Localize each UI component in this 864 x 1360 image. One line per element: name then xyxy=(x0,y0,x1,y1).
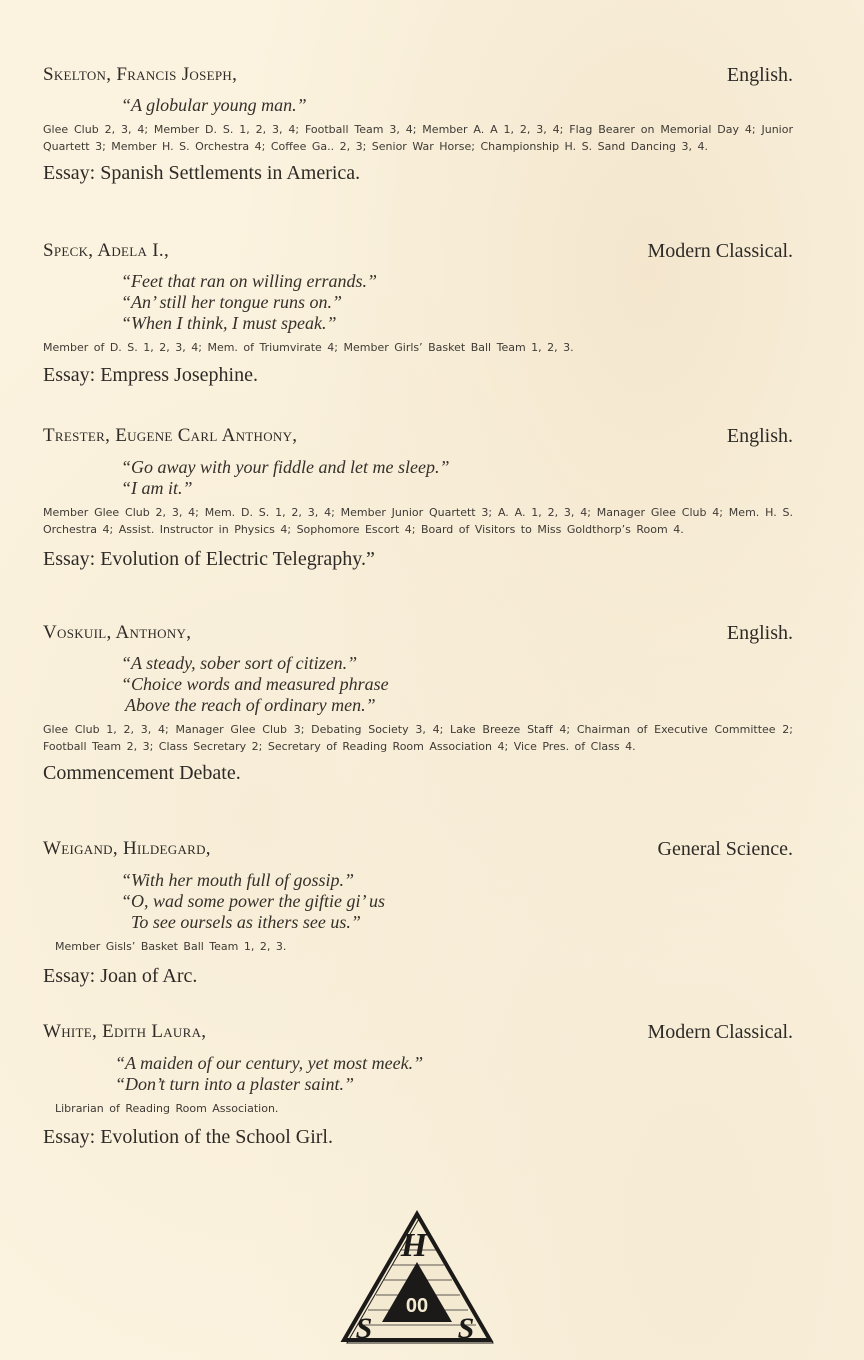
course-name: Modern Classical. xyxy=(647,1021,793,1044)
student-entry-speck: Speck, Adela I., Modern Classical. “Feet… xyxy=(43,240,793,387)
quote-line: “Choice words and measured phrase xyxy=(121,674,793,695)
course-name: Modern Classical. xyxy=(647,240,793,263)
honors-list: Member Glee Club 2, 3, 4; Mem. D. S. 1, … xyxy=(43,505,793,538)
quote-line: “Go away with your fiddle and let me sle… xyxy=(121,457,793,478)
quote-line: “Feet that ran on willing errands.” xyxy=(121,271,793,292)
yearbook-page: Skelton, Francis Joseph, English. “A glo… xyxy=(0,0,864,1360)
quote-line: “An’ still her tongue runs on.” xyxy=(121,292,793,313)
student-name: Speck, Adela I., xyxy=(43,240,169,262)
course-name: English. xyxy=(727,622,793,645)
essay-title: Essay: Evolution of the School Girl. xyxy=(43,1126,793,1149)
course-name: English. xyxy=(727,425,793,448)
student-name: Weigand, Hildegard, xyxy=(43,838,211,860)
quote-line: “When I think, I must speak.” xyxy=(121,313,793,334)
honors-list: Glee Club 1, 2, 3, 4; Manager Glee Club … xyxy=(43,722,793,755)
honors-list: Member of D. S. 1, 2, 3, 4; Mem. of Triu… xyxy=(43,340,793,357)
student-name: Skelton, Francis Joseph, xyxy=(43,64,237,86)
quote-line: “A maiden of our century, yet most meek.… xyxy=(115,1053,793,1074)
quote-line: “Don’t turn into a plaster saint.” xyxy=(115,1074,793,1095)
honors-list: Glee Club 2, 3, 4; Member D. S. 1, 2, 3,… xyxy=(43,122,793,155)
honors-list: Librarian of Reading Room Association. xyxy=(55,1101,793,1118)
essay-title: Essay: Joan of Arc. xyxy=(43,965,793,988)
quote-line: “With her mouth full of gossip.” xyxy=(121,870,793,891)
quote-line: “A steady, sober sort of citizen.” xyxy=(121,653,793,674)
svg-text:H: H xyxy=(400,1227,429,1264)
course-name: English. xyxy=(727,64,793,87)
svg-text:S: S xyxy=(458,1312,475,1345)
svg-text:00: 00 xyxy=(406,1295,428,1317)
student-entry-white: White, Edith Laura, Modern Classical. “A… xyxy=(43,1021,793,1149)
class-triangle-emblem-icon: 00 H S S xyxy=(340,1210,494,1346)
student-name: Trester, Eugene Carl Anthony, xyxy=(43,425,297,447)
course-name: General Science. xyxy=(658,838,793,861)
commencement-debate: Commencement Debate. xyxy=(43,762,793,785)
student-entry-trester: Trester, Eugene Carl Anthony, English. “… xyxy=(43,425,793,571)
quote-line: To see oursels as ithers see us.” xyxy=(121,912,793,933)
quote-line: “O, wad some power the giftie gi’ us xyxy=(121,891,793,912)
quote-line: Above the reach of ordinary men.” xyxy=(121,695,793,716)
student-entry-voskuil: Voskuil, Anthony, English. “A steady, so… xyxy=(43,622,793,785)
student-name: White, Edith Laura, xyxy=(43,1021,206,1043)
quote-line: “I am it.” xyxy=(121,478,793,499)
svg-text:S: S xyxy=(356,1312,373,1345)
student-entry-weigand: Weigand, Hildegard, General Science. “Wi… xyxy=(43,838,793,988)
honors-list: Member Gisls’ Basket Ball Team 1, 2, 3. xyxy=(55,939,793,956)
quote-line: “A globular young man.” xyxy=(121,95,793,116)
student-entry-skelton: Skelton, Francis Joseph, English. “A glo… xyxy=(43,64,793,185)
essay-title: Essay: Evolution of Electric Telegraphy.… xyxy=(43,548,793,571)
essay-title: Essay: Spanish Settlements in America. xyxy=(43,162,793,185)
student-name: Voskuil, Anthony, xyxy=(43,622,191,644)
essay-title: Essay: Empress Josephine. xyxy=(43,364,793,387)
